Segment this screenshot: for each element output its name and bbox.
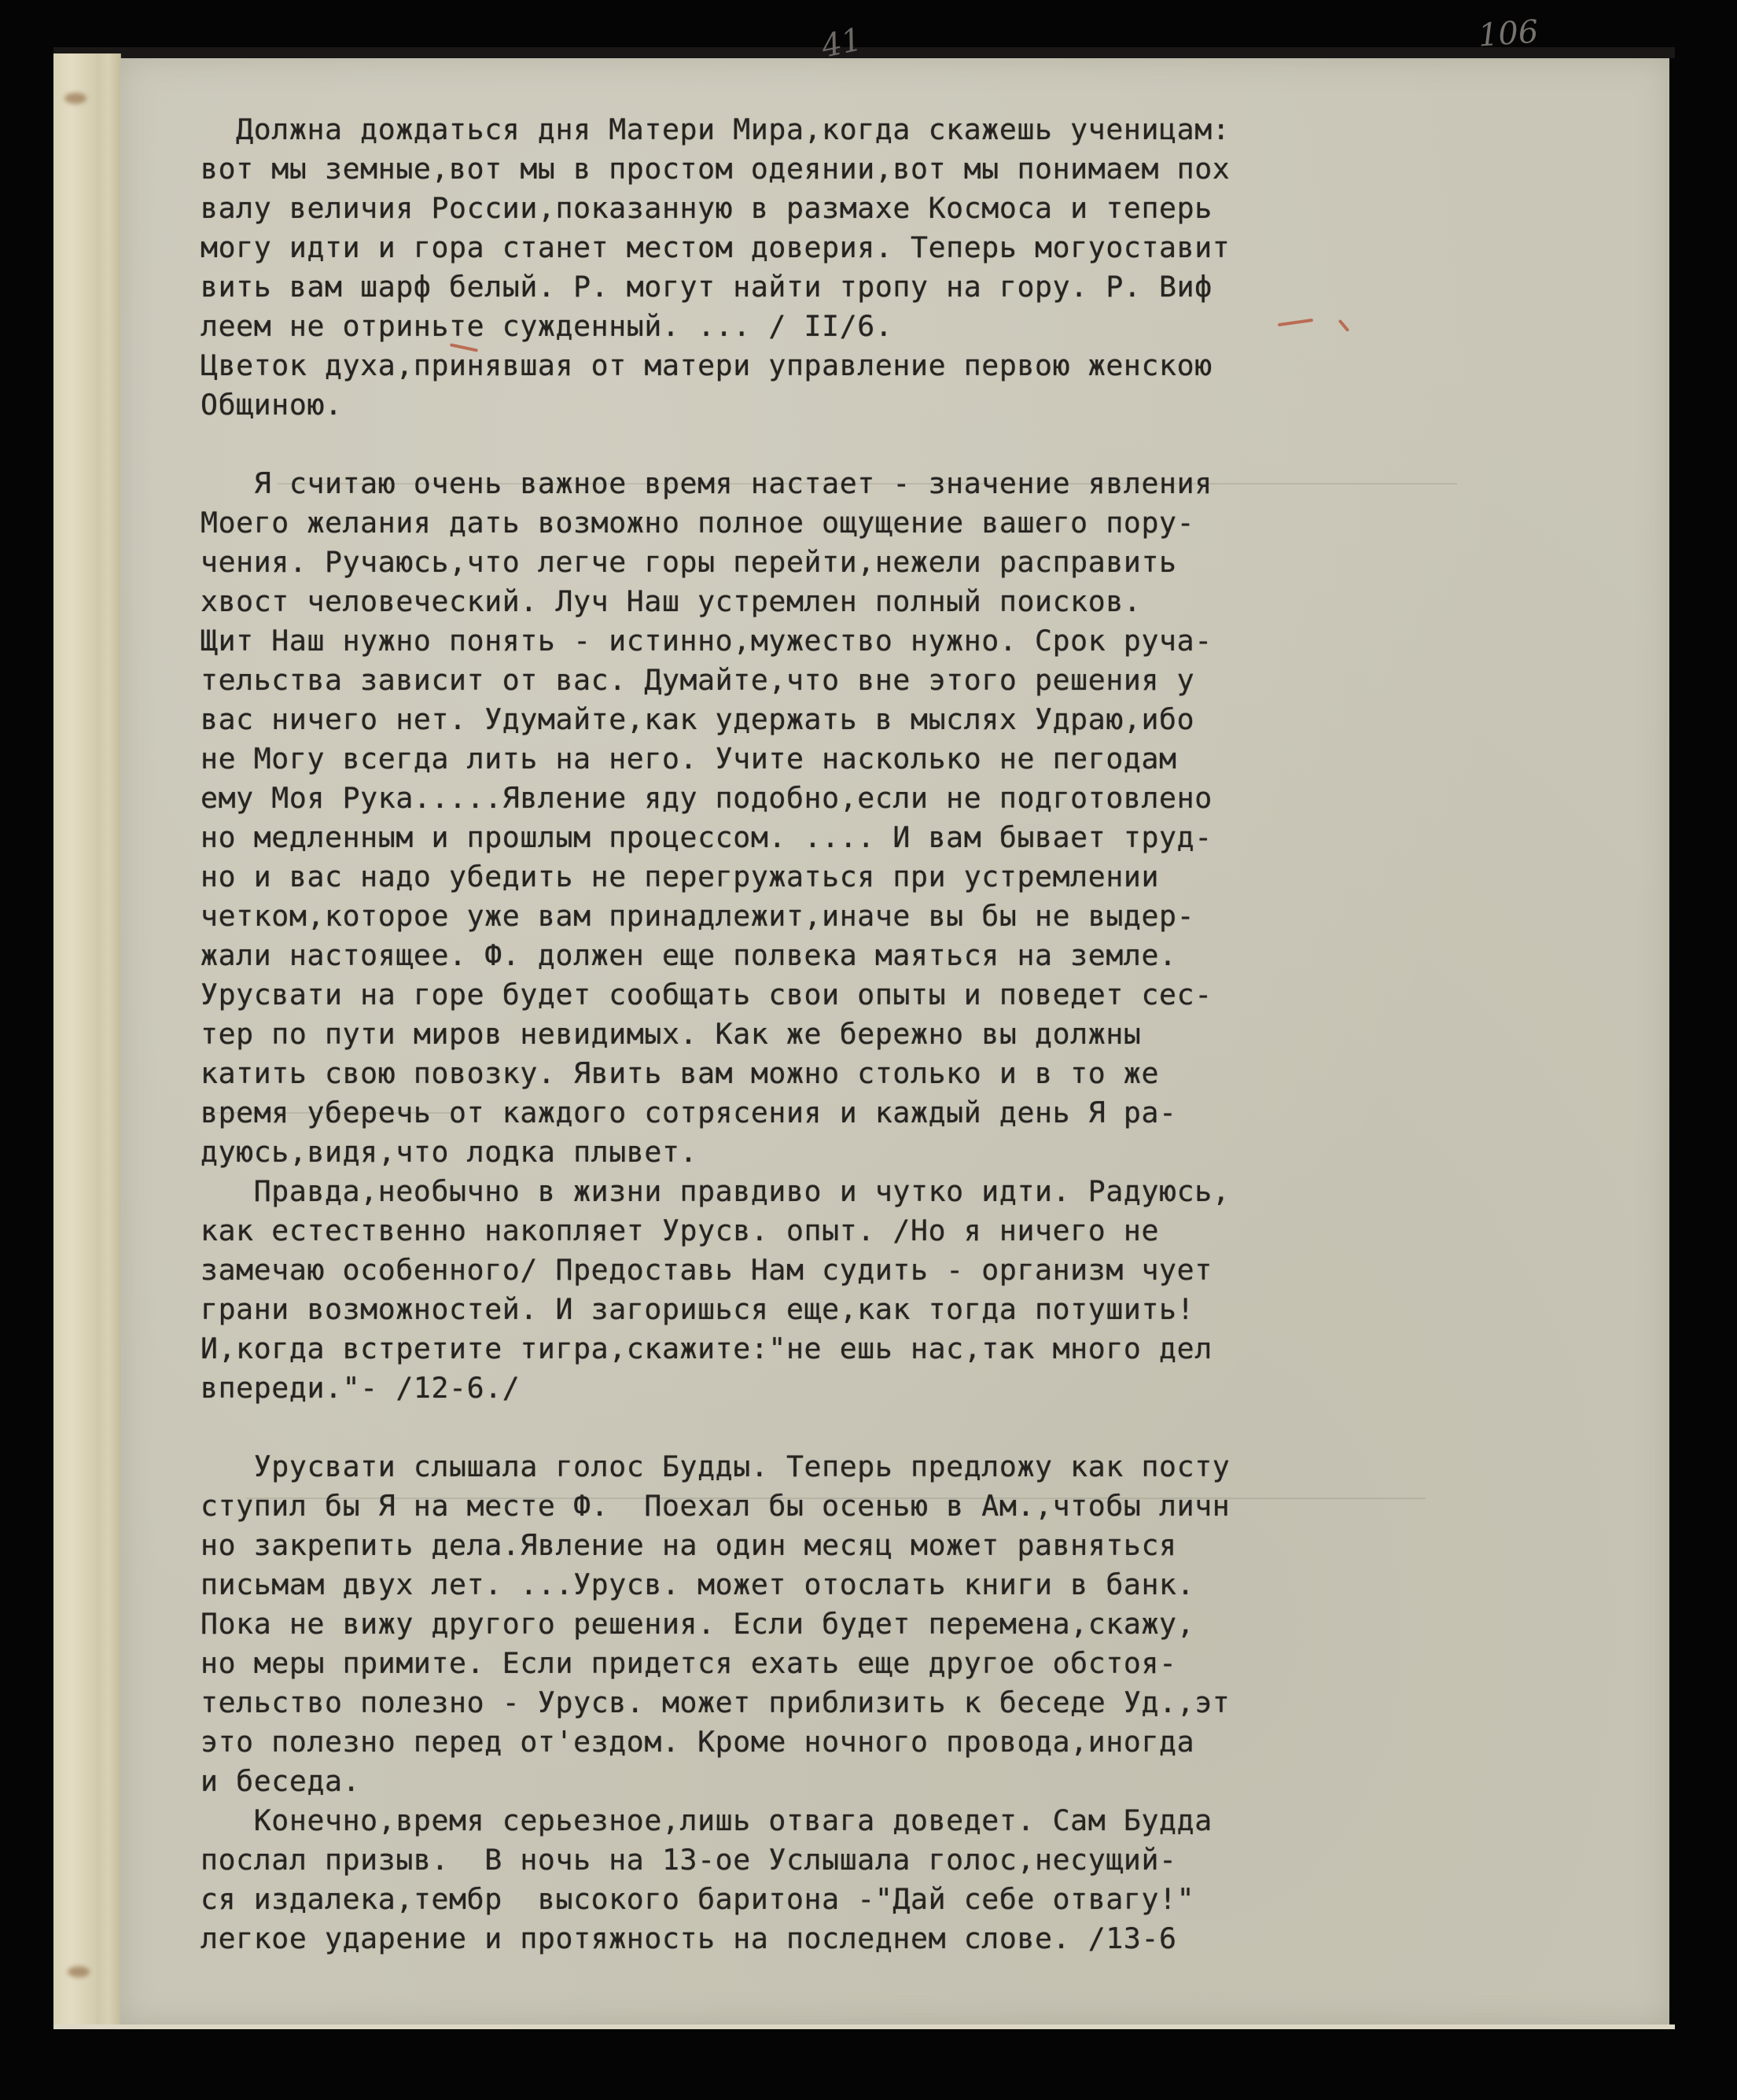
text-line: ему Моя Рука.....Явление яду подобно,есл… <box>201 779 1553 818</box>
text-line: но и вас надо убедить не перегружаться п… <box>201 857 1553 897</box>
text-line: дуюсь,видя,что лодка плывет. <box>201 1133 1553 1172</box>
text-line: чения. Ручаюсь,что легче горы перейти,не… <box>201 543 1553 582</box>
rust-stain <box>64 93 86 104</box>
text-line: Должна дождаться дня Матери Мира,когда с… <box>201 110 1553 149</box>
text-line: впереди."- /12-6./ <box>201 1369 1553 1408</box>
text-line: леем не отриньте сужденный. ... / II/6. <box>201 307 1553 346</box>
text-line: Общиною. <box>201 385 1553 425</box>
typescript-body: Должна дождаться дня Матери Мира,когда с… <box>201 110 1553 1958</box>
text-line: И,когда встретите тигра,скажите:"не ешь … <box>201 1329 1553 1369</box>
text-line: грани возможностей. И загоришься еще,как… <box>201 1290 1553 1329</box>
text-line: ся издалека,тембр высокого баритона -"Да… <box>201 1880 1553 1919</box>
text-line: замечаю особенного/ Предоставь Нам судит… <box>201 1251 1553 1290</box>
text-line: хвост человеческий. Луч Наш устремлен по… <box>201 582 1553 621</box>
text-line: вас ничего нет. Удумайте,как удержать в … <box>201 700 1553 739</box>
binding-fold <box>97 53 121 2029</box>
text-line: жали настоящее. Ф. должен еще полвека ма… <box>201 936 1553 975</box>
text-line: ступил бы Я на месте Ф. Поехал бы осенью… <box>201 1487 1553 1526</box>
text-line: послал призыв. В ночь на 13-ое Услышала … <box>201 1840 1553 1880</box>
text-line: четком,которое уже вам принадлежит,иначе… <box>201 897 1553 936</box>
text-line: могу идти и гора станет местом доверия. … <box>201 228 1553 267</box>
text-line: валу величия России,показанную в размахе… <box>201 189 1553 228</box>
folio-number: 106 <box>1477 13 1539 53</box>
text-line: это полезно перед от'ездом. Кроме ночног… <box>201 1722 1553 1762</box>
binding-strip <box>53 53 98 2029</box>
paragraph-gap <box>201 425 1553 464</box>
text-line: Я считаю очень важное время настает - зн… <box>201 464 1553 503</box>
text-line: вот мы земные,вот мы в простом одеянии,в… <box>201 149 1553 189</box>
text-line: Щит Наш нужно понять - истинно,мужество … <box>201 621 1553 661</box>
text-line: но закрепить дела.Явление на один месяц … <box>201 1526 1553 1565</box>
text-line: тельство полезно - Урусв. может приблизи… <box>201 1683 1553 1722</box>
text-line: Урусвати на горе будет сообщать свои опы… <box>201 975 1553 1015</box>
text-line: письмам двух лет. ...Урусв. может отосла… <box>201 1565 1553 1604</box>
text-line: вить вам шарф белый. Р. могут найти троп… <box>201 267 1553 307</box>
text-line: не Могу всегда лить на него. Учите наско… <box>201 739 1553 779</box>
text-line: но меры примите. Если придется ехать еще… <box>201 1644 1553 1683</box>
text-line: Урусвати слышала голос Будды. Теперь пре… <box>201 1447 1553 1487</box>
text-line: легкое ударение и протяжность на последн… <box>201 1919 1553 1958</box>
text-line: Конечно,время серьезное,лишь отвага дове… <box>201 1801 1553 1840</box>
text-line: время уберечь от каждого сотрясения и ка… <box>201 1093 1553 1133</box>
text-line: тельства зависит от вас. Думайте,что вне… <box>201 661 1553 700</box>
text-line: Правда,необычно в жизни правдиво и чутко… <box>201 1172 1553 1211</box>
paragraph-gap <box>201 1408 1553 1447</box>
text-line: и беседа. <box>201 1762 1553 1801</box>
text-line: как естественно накопляет Урусв. опыт. /… <box>201 1211 1553 1251</box>
text-line: катить свою повозку. Явить вам можно сто… <box>201 1054 1553 1093</box>
text-line: Цветок духа,принявшая от матери управлен… <box>201 346 1553 385</box>
text-line: тер по пути миров невидимых. Как же бере… <box>201 1015 1553 1054</box>
text-line: Моего желания дать возможно полное ощуще… <box>201 503 1553 543</box>
page-bottom-edge <box>53 2024 1675 2029</box>
text-line: Пока не вижу другого решения. Если будет… <box>201 1604 1553 1644</box>
rust-stain <box>68 1966 90 1977</box>
text-line: но медленным и прошлым процессом. .... И… <box>201 818 1553 857</box>
